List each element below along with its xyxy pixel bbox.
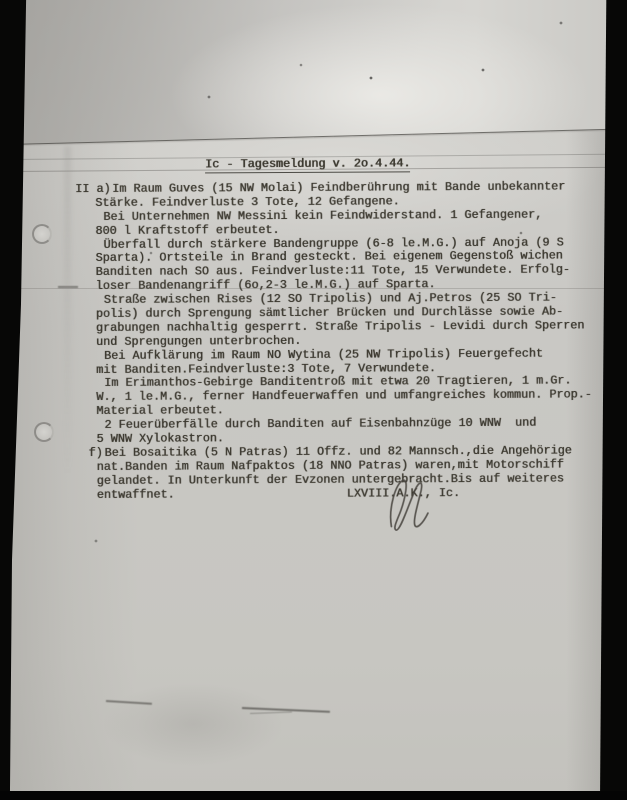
line-text: W., 1 le.M.G., ferner Handfeuerwaffen un… bbox=[96, 388, 592, 405]
paragraph-marker: f) bbox=[89, 447, 103, 461]
punch-hole-top bbox=[32, 224, 52, 244]
line-text: gelandet. In Unterkunft der Evzonen unte… bbox=[97, 471, 564, 487]
line-text: Im Raum Guves (15 NW Molai) Feindberühru… bbox=[112, 180, 565, 196]
line-text: Banditen nach SO aus. Feindverluste:11 T… bbox=[96, 263, 570, 279]
line-text: 2 Feuerüberfälle durch Banditen auf Eise… bbox=[104, 416, 536, 432]
microfilm-photo: Ic - Tagesmeldung v. 2o.4.44. II a)Im Ra… bbox=[0, 0, 627, 800]
paper-streak bbox=[64, 146, 71, 476]
punch-hole-bottom bbox=[34, 422, 54, 442]
document-title: Ic - Tagesmeldung v. 2o.4.44. bbox=[205, 156, 410, 173]
line-text: grabungen nachhaltig gesperrt. Straße Tr… bbox=[96, 318, 585, 335]
handwritten-initial bbox=[387, 474, 435, 532]
line-text: und Sprengungen unterbrochen. bbox=[96, 334, 301, 349]
line-text: 5 WNW Xylokastron. bbox=[96, 431, 224, 446]
document-lines: II a)Im Raum Guves (15 NW Molai) Feindbe… bbox=[95, 180, 617, 502]
line-text: Bei Aufklärung im Raum NO Wytina (25 NW … bbox=[104, 346, 543, 362]
line-text: entwaffnet. bbox=[97, 487, 175, 501]
line-text: Bei Unternehmen NW Messini kein Feindwid… bbox=[103, 207, 542, 223]
line-text: 800 l Kraftstoff erbeutet. bbox=[95, 223, 279, 238]
document-text: Ic - Tagesmeldung v. 2o.4.44. II a)Im Ra… bbox=[95, 155, 617, 502]
film-border-bottom bbox=[0, 791, 627, 800]
line-text: Material erbeutet. bbox=[96, 404, 224, 419]
